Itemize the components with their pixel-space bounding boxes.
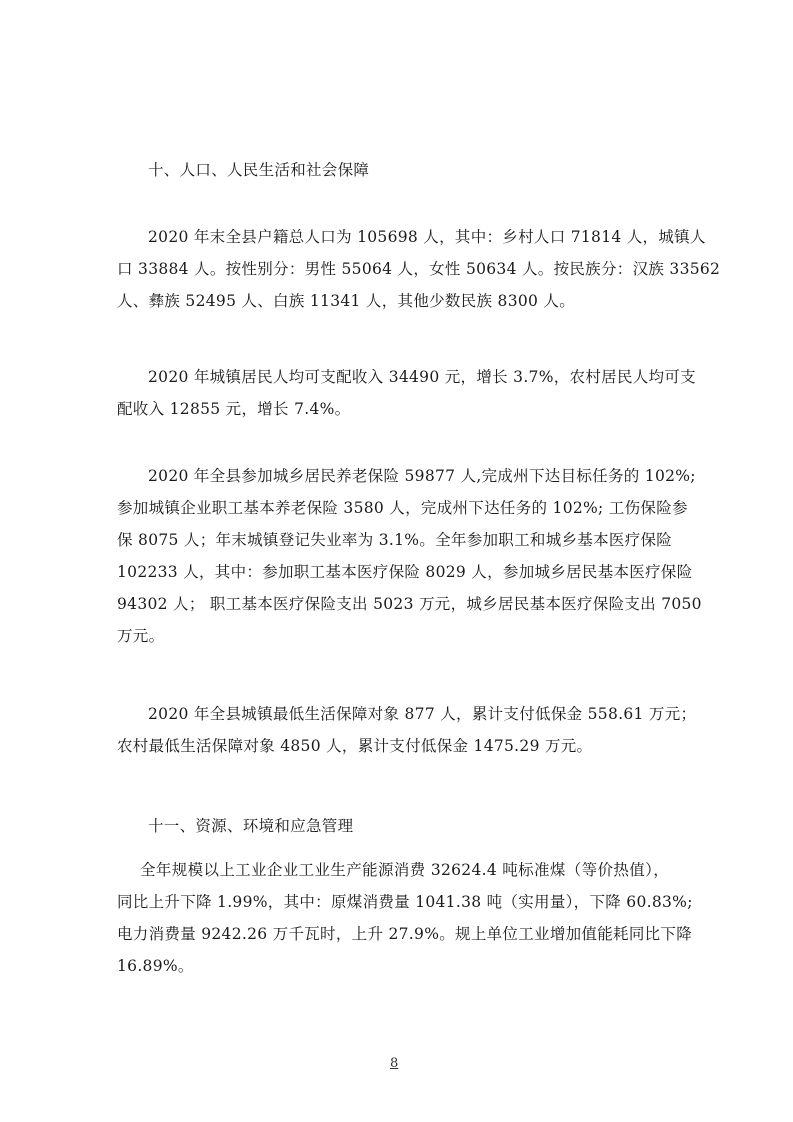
text-line: 全年规模以上工业企业工业生产能源消费 32624.4 吨标准煤（等价热值）， [140, 860, 669, 880]
text-line: 2020 年全县城镇最低生活保障对象 877 人，累计支付低保金 558.61 … [148, 704, 669, 724]
text-line: 2020 年城镇居民人均可支配收入 34490 元，增长 3.7%，农村居民人均… [148, 367, 669, 387]
section-heading: 十一、资源、环境和应急管理 [148, 816, 700, 836]
text-line: 2020 年末全县户籍总人口为 105698 人，其中：乡村人口 71814 人… [148, 227, 669, 247]
text-line: 人、彝族 52495 人、白族 11341 人，其他少数民族 8300 人。 [117, 291, 669, 311]
section-heading: 十、人口、人民生活和社会保障 [148, 160, 700, 180]
text-line: 万元。 [117, 626, 669, 646]
page-number: 8 [390, 1056, 398, 1071]
text-line: 2020 年全县参加城乡居民养老保险 59877 人,完成州下达目标任务的 10… [148, 466, 669, 486]
text-line: 电力消费量 9242.26 万千瓦时，上升 27.9%。规上单位工业增加值能耗同… [117, 924, 669, 944]
text-line: 参加城镇企业职工基本养老保险 3580 人，完成州下达任务的 102%; 工伤保… [117, 498, 669, 518]
text-line: 102233 人，其中：参加职工基本医疗保险 8029 人，参加城乡居民基本医疗… [117, 562, 669, 582]
text-line: 农村最低生活保障对象 4850 人，累计支付低保金 1475.29 万元。 [117, 736, 669, 756]
text-line: 口 33884 人。按性别分：男性 55064 人，女性 50634 人。按民族… [117, 259, 669, 279]
text-line: 同比上升下降 1.99%，其中：原煤消费量 1041.38 吨（实用量），下降 … [117, 892, 669, 912]
text-line: 保 8075 人；年末城镇登记失业率为 3.1%。全年参加职工和城乡基本医疗保险 [117, 530, 669, 550]
text-line: 16.89%。 [117, 956, 669, 976]
text-line: 配收入 12855 元，增长 7.4%。 [117, 399, 669, 419]
document-page: 十、人口、人民生活和社会保障 2020 年末全县户籍总人口为 105698 人，… [0, 0, 793, 1122]
text-line: 94302 人； 职工基本医疗保险支出 5023 万元，城乡居民基本医疗保险支出… [117, 594, 669, 614]
